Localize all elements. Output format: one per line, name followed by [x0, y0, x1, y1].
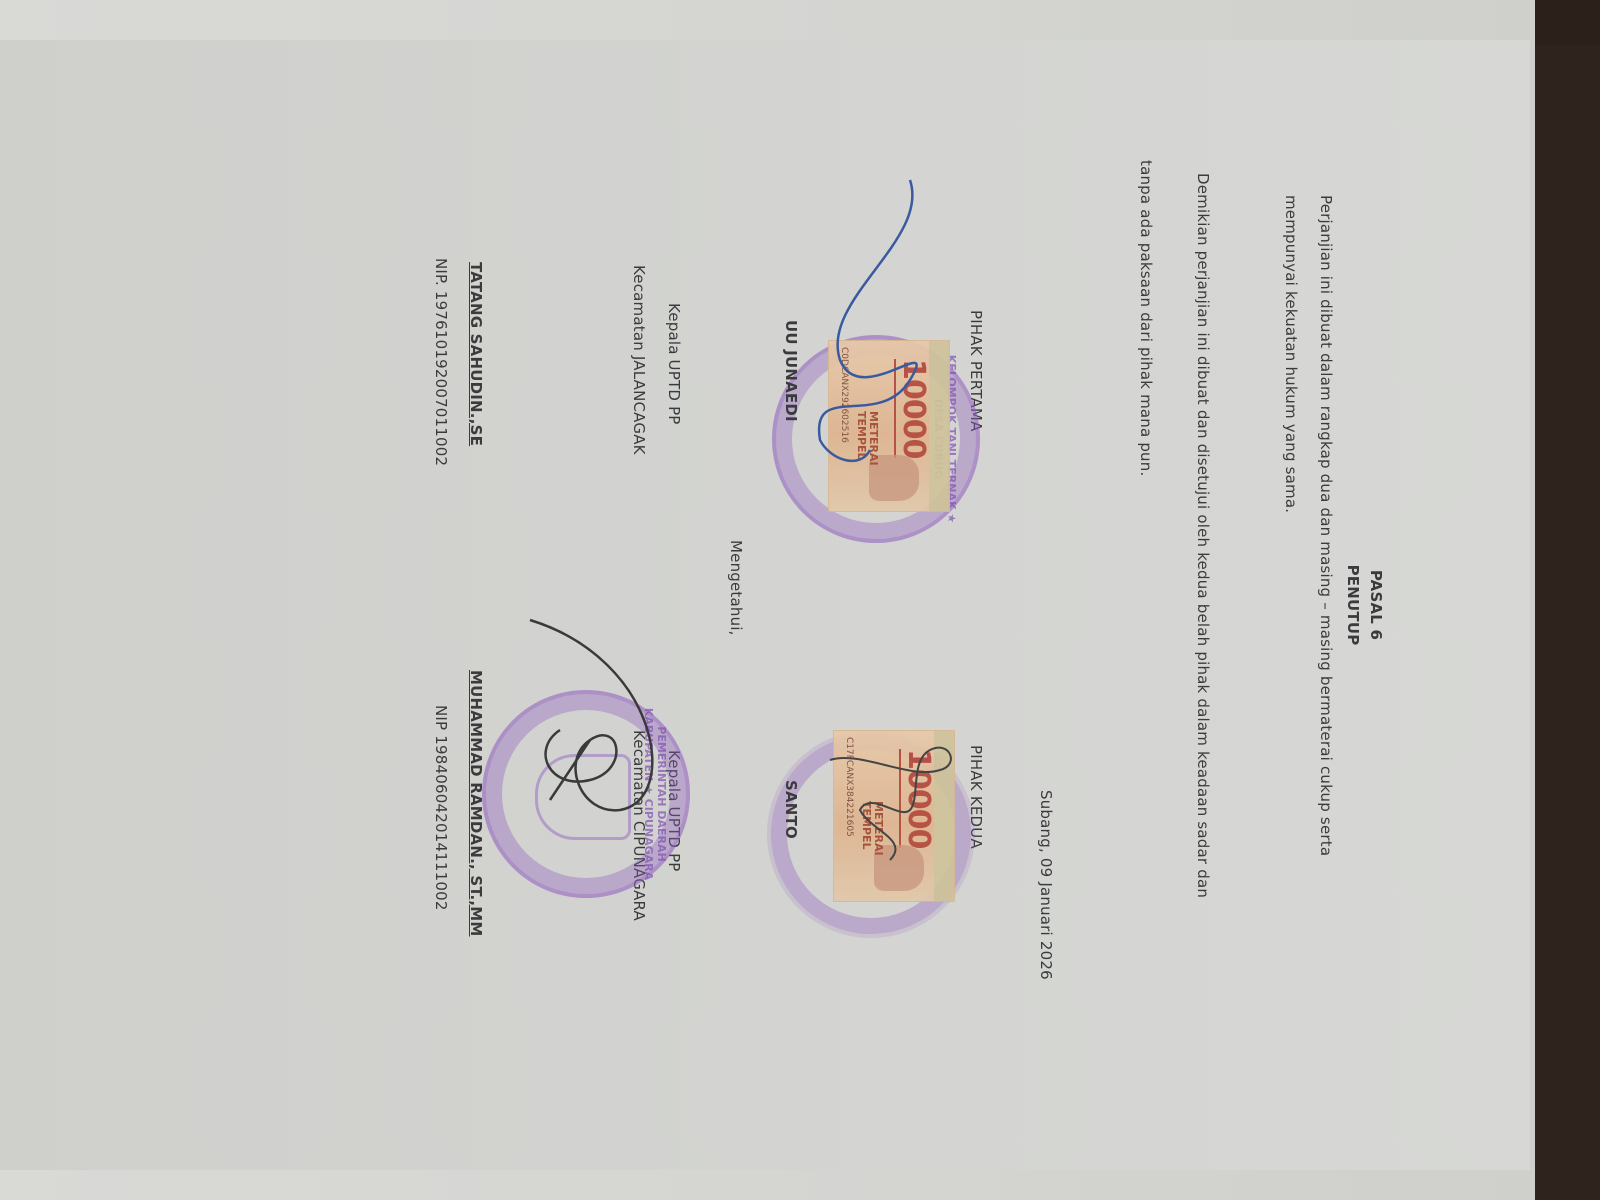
left-official-district: Kecamatan JALANCAGAK [630, 265, 648, 455]
article-subheading: PENUTUP [1344, 40, 1362, 1170]
left-official-name: TATANG SAHUDIN.,SE [467, 262, 485, 446]
paragraph1-line2: mempunyai kekuatan hukum yang sama. [1282, 195, 1300, 513]
second-party-name: SANTO [782, 780, 800, 839]
article-heading: PASAL 6 [1367, 40, 1385, 1170]
left-official-title: Kepala UPTD PP [665, 303, 683, 425]
paragraph2-line2: tanpa ada paksaan dari pihak mana pun. [1137, 160, 1155, 476]
paragraph2-line1: Demikian perjanjian ini dibuat dan diset… [1194, 173, 1212, 898]
first-party-signature [770, 180, 970, 480]
document-page: PASAL 6 PENUTUP Perjanjian ini dibuat da… [0, 40, 1530, 1170]
left-official-nip: NIP. 197610192007011002 [432, 258, 450, 466]
paragraph1-line1: Perjanjian ini dibuat dalam rangkap dua … [1317, 195, 1335, 856]
right-official-signature [480, 600, 680, 860]
right-official-name: MUHAMMAD RAMDAN., ST.,MM [467, 670, 485, 937]
place-date: Subang, 09 Januari 2026 [1037, 790, 1055, 980]
second-party-signature [810, 720, 970, 920]
acknowledged-label: Mengetahui, [727, 540, 745, 636]
first-party-name: UU JUNAEDI [782, 320, 800, 422]
right-official-nip: NIP 198406042014111002 [432, 705, 450, 911]
